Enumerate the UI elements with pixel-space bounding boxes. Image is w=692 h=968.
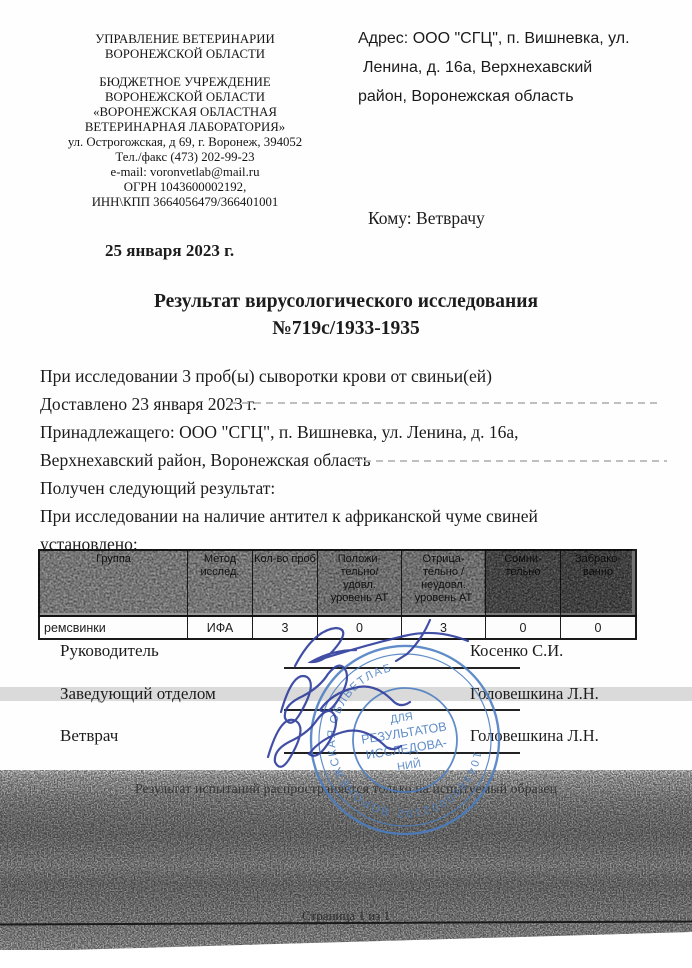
letterhead-line: ВОРОНЕЖСКОЙ ОБЛАСТИ <box>50 47 320 62</box>
letterhead-street: ул. Острогожская, д 69, г. Воронеж, 3940… <box>50 135 320 150</box>
col-header-positive: Положи- тельно/ удовл. уровень АТ <box>318 550 402 616</box>
signature-name-2: Головешкина Л.Н. <box>470 684 599 704</box>
body-line: При исследовании 3 проб(ы) сыворотки кро… <box>40 362 670 390</box>
signature-stroke-3 <box>268 711 401 767</box>
scan-dash-artifact <box>352 460 667 462</box>
body-line: При исследовании на наличие антител к аф… <box>40 502 670 530</box>
document-page: УПРАВЛЕНИЕ ВЕТЕРИНАРИИ ВОРОНЕЖСКОЙ ОБЛАС… <box>0 0 692 968</box>
stamp-center-line3: ИССЛЕДОВА- <box>365 736 448 763</box>
page-number: Страница 1 из 1 <box>0 908 692 924</box>
letterhead: УПРАВЛЕНИЕ ВЕТЕРИНАРИИ ВОРОНЕЖСКОЙ ОБЛАС… <box>50 32 320 210</box>
signature-line-3 <box>284 752 520 754</box>
signature-line-1 <box>284 667 520 669</box>
cell-doubtful: 0 <box>486 616 561 639</box>
col-header-method: Метод исслед. <box>188 550 253 616</box>
letterhead-phone: Тел./факс (473) 202-99-23 <box>50 150 320 165</box>
letterhead-line: «ВОРОНЕЖСКАЯ ОБЛАСТНАЯ <box>50 105 320 120</box>
col-header-rejected: Забрако- ванно <box>561 550 637 616</box>
letterhead-ogrn: ОГРН 1043600002192, <box>50 180 320 195</box>
signature-name-3: Головешкина Л.Н. <box>470 726 599 746</box>
document-date: 25 января 2023 г. <box>105 241 234 261</box>
letterhead-line: ВЕТЕРИНАРНАЯ ЛАБОРАТОРИЯ» <box>50 120 320 135</box>
cell-rejected: 0 <box>561 616 637 639</box>
letterhead-email: e-mail: voronvetlab@mail.ru <box>50 165 320 180</box>
signature-role-1: Руководитель <box>60 641 159 661</box>
document-title: Результат вирусологического исследования… <box>0 288 692 342</box>
recipient-address-line: район, Воронежская область <box>358 82 658 111</box>
recipient-to: Кому: Ветврачу <box>368 208 485 229</box>
col-header-negative: Отрица- тельно / неудовл. уровень АТ <box>402 550 486 616</box>
signature-name-1: Косенко С.И. <box>470 641 563 661</box>
stamp-center-line1: ДЛЯ <box>389 711 413 726</box>
letterhead-inn: ИНН\КПП 3664056479/366401001 <box>50 195 320 210</box>
cell-negative: 3 <box>402 616 486 639</box>
cell-positive: 0 <box>318 616 402 639</box>
col-header-sample-count: Кол-во проб <box>253 550 318 616</box>
cell-sample-count: 3 <box>253 616 318 639</box>
results-table-header-row: Группа Метод исслед. Кол-во проб Положи-… <box>39 550 636 616</box>
disclaimer-text: Результат испытаний распространяется тол… <box>0 781 692 797</box>
signature-line-2 <box>284 709 520 711</box>
document-number: №719с/1933-1935 <box>0 315 692 342</box>
body-line: Принадлежащего: ООО "СГЦ", п. Вишневка, … <box>40 418 670 446</box>
signature-role-3: Ветврач <box>60 726 118 746</box>
letterhead-line: УПРАВЛЕНИЕ ВЕТЕРИНАРИИ <box>50 32 320 47</box>
stamp-center-line2: РЕЗУЛЬТАТОВ <box>360 719 447 746</box>
results-table: Группа Метод исслед. Кол-во проб Положи-… <box>38 549 637 640</box>
results-table-data-row: ремсвинки ИФА 3 0 3 0 0 <box>39 616 636 639</box>
document-title-line1: Результат вирусологического исследования <box>0 288 692 315</box>
cell-method: ИФА <box>188 616 253 639</box>
letterhead-line: БЮДЖЕТНОЕ УЧРЕЖДЕНИЕ <box>50 75 320 90</box>
body-line: Доставлено 23 января 2023 г. <box>40 390 670 418</box>
cell-group: ремсвинки <box>39 616 188 639</box>
recipient-address-line: Ленина, д. 16а, Верхнехавский <box>358 53 658 82</box>
signature-role-2: Заведующий отделом <box>60 684 216 704</box>
col-header-doubtful: Сомни- тельно <box>486 550 561 616</box>
scan-dash-artifact <box>230 402 662 404</box>
recipient-address-line: Адрес: ООО "СГЦ", п. Вишневка, ул. <box>358 24 658 53</box>
body-line: Получен следующий результат: <box>40 474 670 502</box>
letterhead-line: ВОРОНЕЖСКОЙ ОБЛАСТИ <box>50 90 320 105</box>
col-header-group: Группа <box>39 550 188 616</box>
recipient-address: Адрес: ООО "СГЦ", п. Вишневка, ул. Ленин… <box>358 24 658 111</box>
